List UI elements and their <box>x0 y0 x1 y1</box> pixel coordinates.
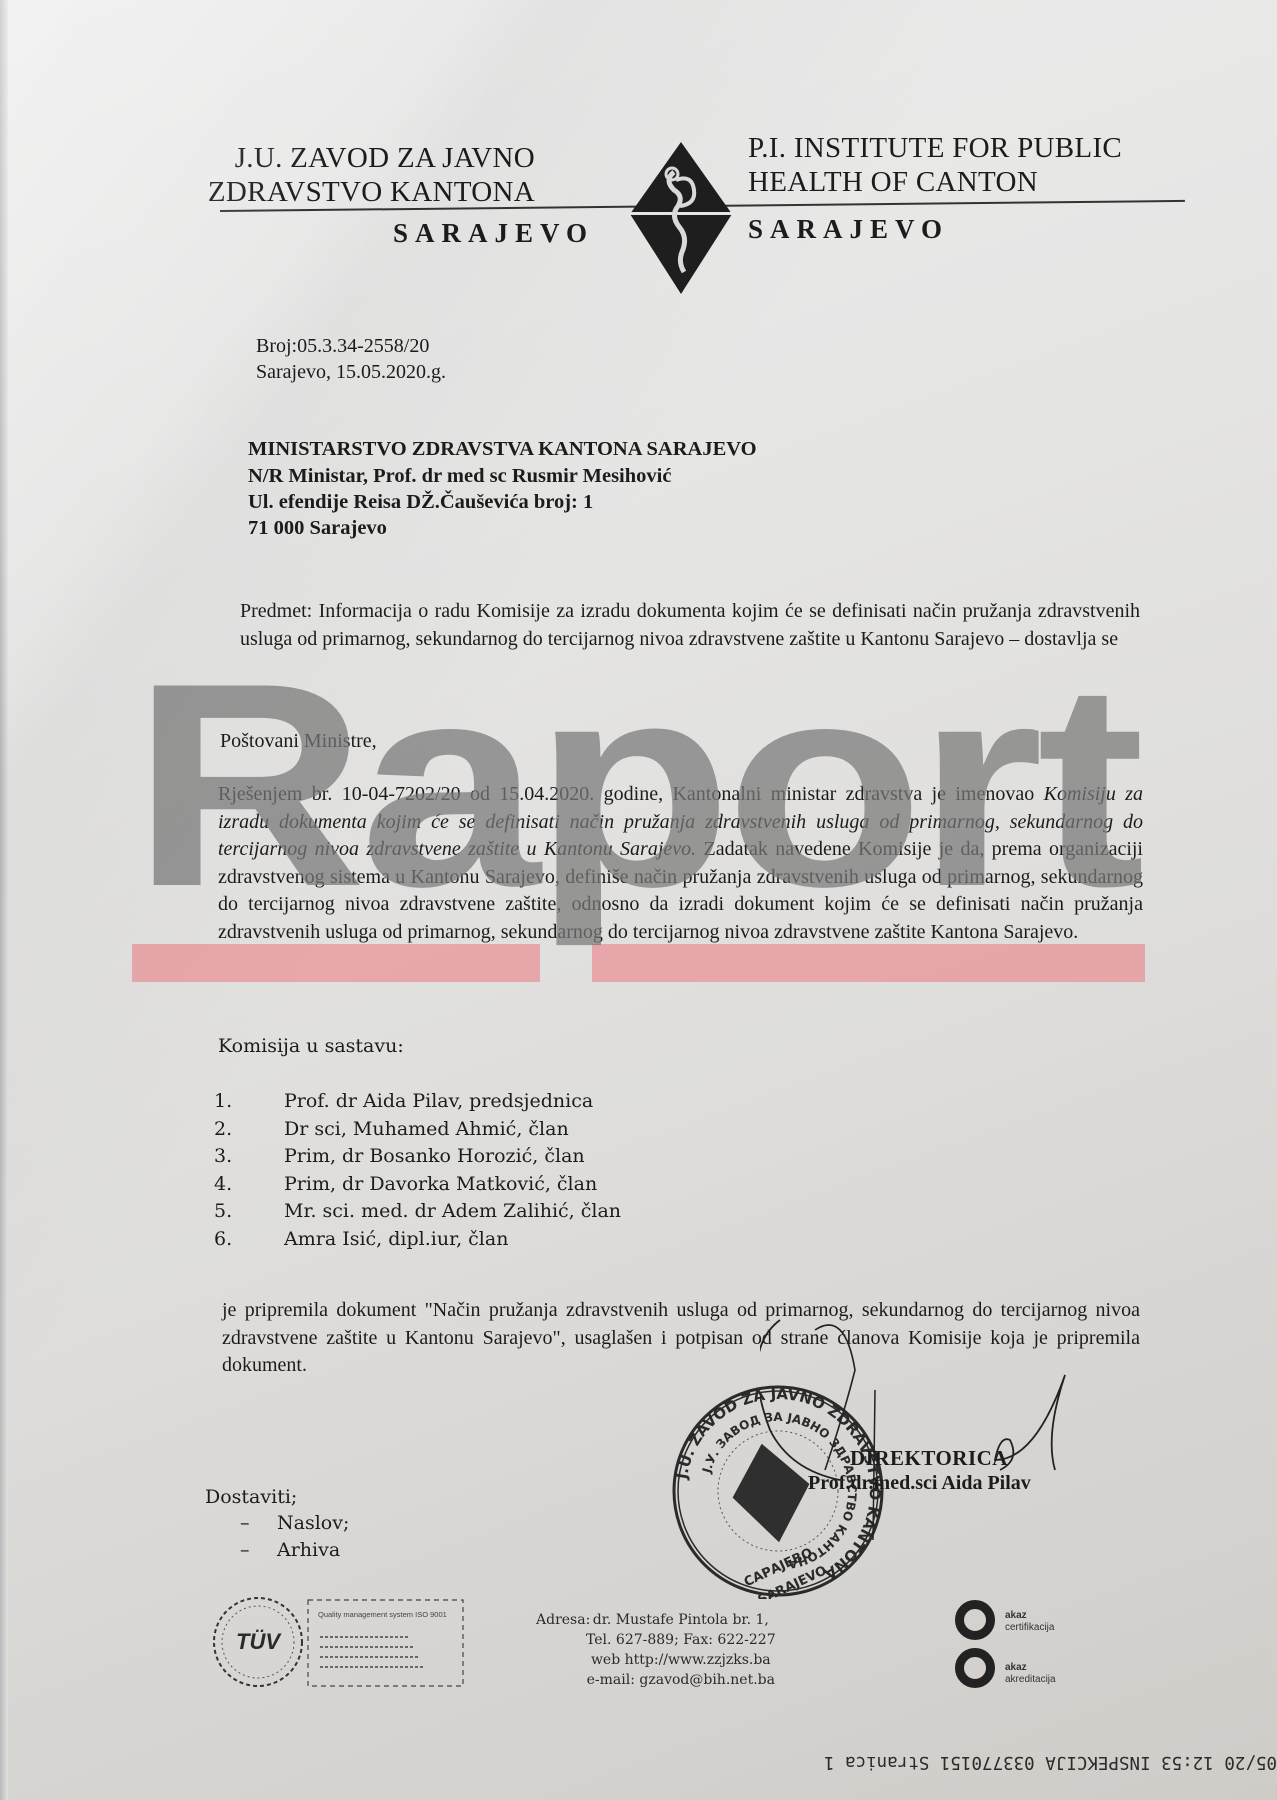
subject-text: Informacija o radu Komisije za izradu do… <box>240 600 1140 650</box>
svg-text:TÜV: TÜV <box>236 1629 282 1654</box>
akaz-label: akaz <box>1005 1662 1027 1673</box>
letterhead-english-city: SARAJEVO <box>748 214 949 245</box>
svg-text:Quality management system ISO: Quality management system ISO 9001 <box>318 1610 447 1619</box>
distribution-dash: – <box>240 1539 250 1561</box>
footer-email-link[interactable]: e-mail: gzavod@bih.net.ba <box>586 1670 776 1690</box>
akaz-accreditation-icon <box>955 1648 995 1688</box>
committee-member-number: 2. <box>214 1116 232 1144</box>
footer-address-street: dr. Mustafe Pintola br. 1, <box>586 1610 776 1630</box>
signature-title: DIREKTORICA <box>850 1446 1008 1471</box>
distribution-item: Naslov; <box>277 1512 349 1534</box>
akaz-certification-icon <box>955 1600 995 1640</box>
distribution-item: Arhiva <box>277 1539 340 1561</box>
akaz-logos: akazcertifikacija akazakreditacija <box>955 1600 1095 1695</box>
tuv-certification-logo: TÜV Quality management system ISO 9001 <box>208 1592 470 1692</box>
salutation: Poštovani Ministre, <box>220 730 377 753</box>
committee-member-number: 6. <box>214 1226 232 1254</box>
recipient-line4: 71 000 Sarajevo <box>248 517 387 540</box>
handwritten-signature <box>760 1310 1100 1540</box>
recipient-line2: N/R Ministar, Prof. dr med sc Rusmir Mes… <box>248 465 671 488</box>
subject-label: Predmet: <box>240 600 312 622</box>
subject: Predmet: Informacija o radu Komisije za … <box>240 598 1140 653</box>
committee-member-number: 1. <box>214 1088 232 1116</box>
committee-member-name: Mr. sci. med. dr Adem Zalihić, član <box>284 1198 621 1226</box>
akaz-sublabel: akreditacija <box>1005 1674 1056 1685</box>
footer-phone-fax: Tel. 627-889; Fax: 622-227 <box>586 1630 776 1650</box>
signature-name: Prof.dr.med.sci Aida Pilav <box>808 1472 1031 1495</box>
committee-member-number: 3. <box>214 1143 232 1171</box>
body-paragraph-1: Rješenjem br. 10-04-7202/20 od 15.04.202… <box>218 781 1143 946</box>
committee-member-name: Prim, dr Bosanko Horozić, član <box>284 1143 585 1171</box>
committee-member-name: Amra Isić, dipl.iur, član <box>284 1226 508 1254</box>
akaz-sublabel: certifikacija <box>1005 1622 1054 1633</box>
reference-place-date: Sarajevo, 15.05.2020.g. <box>256 361 446 384</box>
letterhead-local-name-line2: ZDRAVSTVO KANTONA <box>208 176 535 209</box>
watermark-highlight-bar-right <box>592 944 1145 982</box>
committee-member-name: Prim, dr Davorka Matković, član <box>284 1171 597 1199</box>
watermark-highlight-bar-left <box>132 944 540 982</box>
committee-member-name: Dr sci, Muhamed Ahmić, član <box>284 1116 569 1144</box>
distribution-dash: – <box>240 1512 250 1534</box>
committee-member-name: Prof. dr Aida Pilav, predsjednica <box>284 1088 593 1116</box>
footer-web-link[interactable]: web http://www.zzjzks.ba <box>586 1650 776 1670</box>
fax-transmission-header: 05/20 12:53 INSPEKCIJA 033770151 Stranic… <box>742 1752 1277 1772</box>
distribution-label: Dostaviti; <box>205 1486 297 1508</box>
recipient-line3: Ul. efendije Reisa DŽ.Čauševića broj: 1 <box>248 491 593 514</box>
letterhead-local-city: SARAJEVO <box>393 218 594 249</box>
letterhead-english-name-line2: HEALTH OF CANTON <box>748 166 1038 199</box>
page-edge <box>0 0 8 1800</box>
letterhead-english-name-line1: P.I. INSTITUTE FOR PUBLIC <box>748 132 1122 165</box>
footer-address-label: Adresa: <box>536 1610 590 1630</box>
reference-number: Broj:05.3.34-2558/20 <box>256 335 429 358</box>
akaz-label: akaz <box>1005 1610 1027 1621</box>
committee-member-number: 5. <box>214 1198 232 1226</box>
committee-member-number: 4. <box>214 1171 232 1199</box>
letterhead-local-name-line1: J.U. ZAVOD ZA JAVNO <box>235 142 535 175</box>
body-p1-start: Rješenjem br. 10-04-7202/20 od 15.04.202… <box>218 783 1044 805</box>
recipient-line1: MINISTARSTVO ZDRAVSTVA KANTONA SARAJEVO <box>248 438 757 461</box>
committee-intro: Komisija u sastavu: <box>218 1035 404 1057</box>
diamond-caduceus-icon <box>630 142 732 294</box>
